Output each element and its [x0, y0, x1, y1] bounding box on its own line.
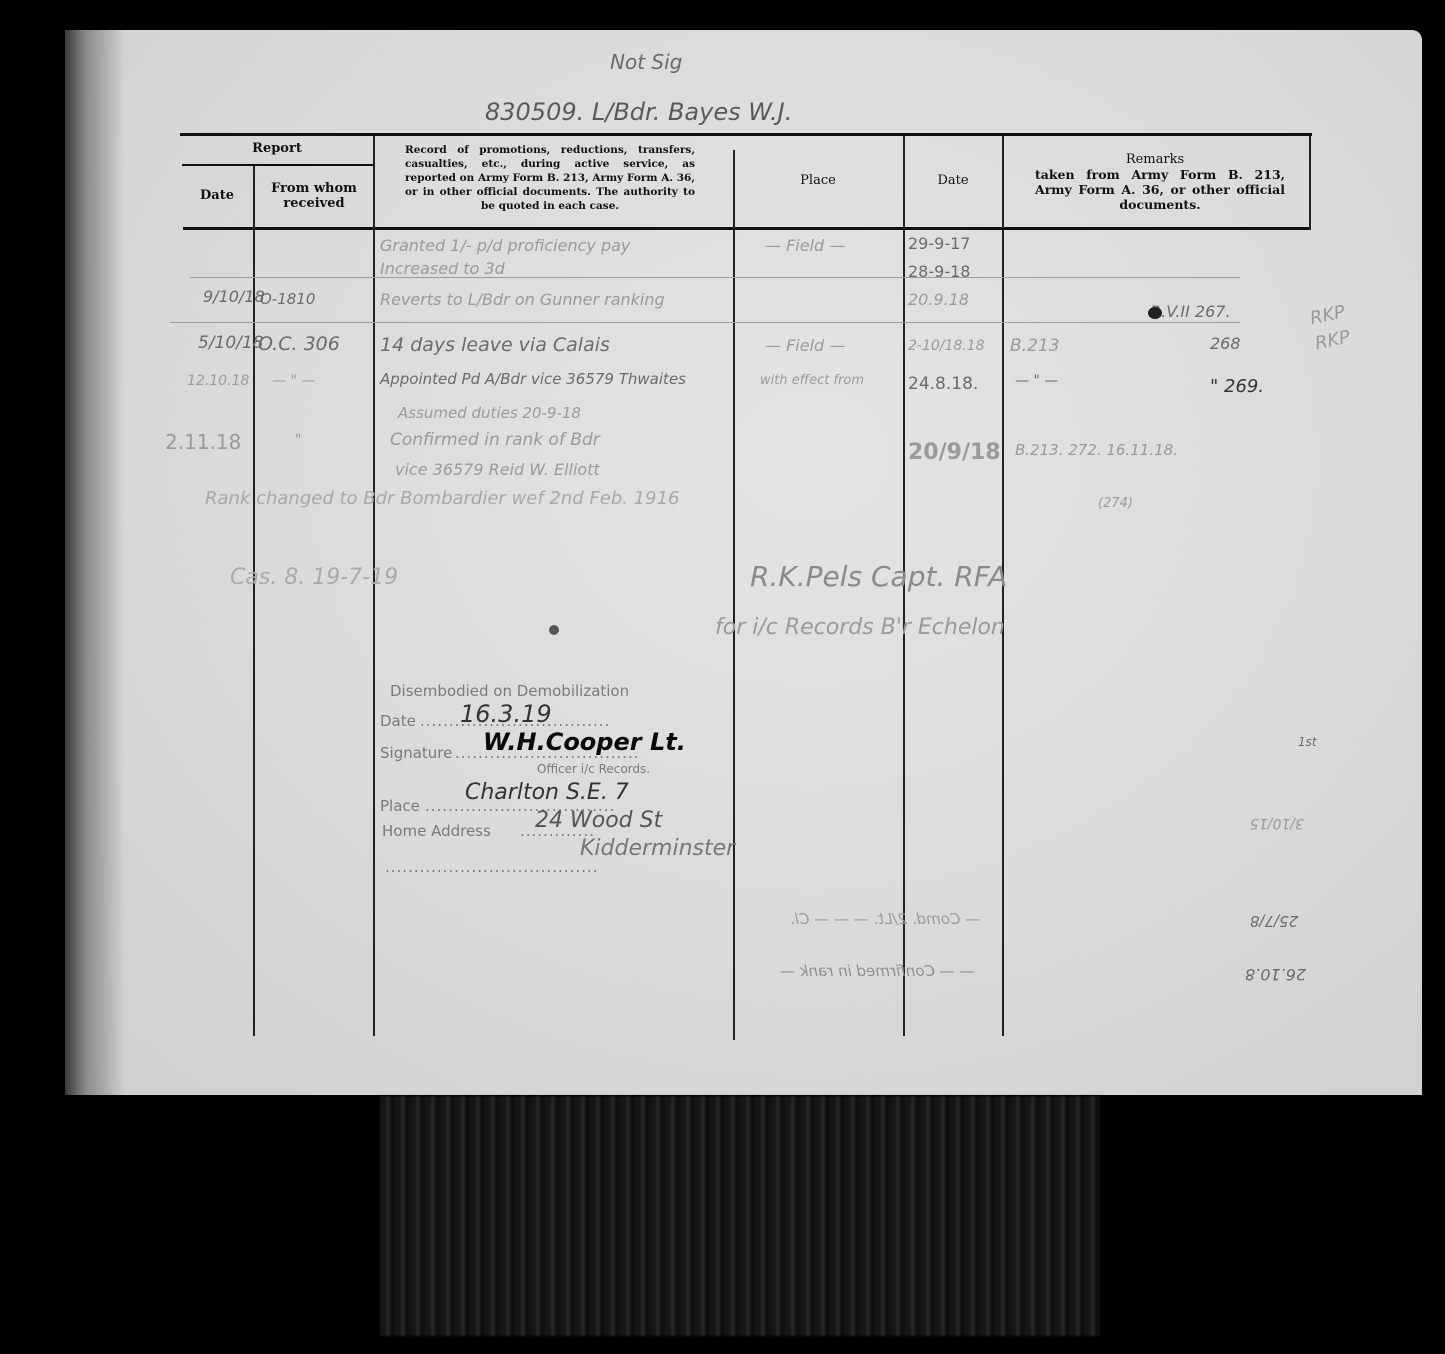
- row2-record: Increased to 3d: [380, 259, 505, 278]
- header-bottom-rule: [183, 227, 1311, 230]
- row8-record: vice 36579 Reid W. Elliott: [395, 460, 600, 479]
- row7-date: 2.11.18: [165, 430, 241, 454]
- demob-address-value: 24 Wood St: [535, 808, 662, 833]
- margin-note: 3/10/15: [1250, 815, 1304, 831]
- demob-title: Disembodied on Demobilization: [390, 682, 629, 700]
- demob-address-label: Home Address: [382, 822, 491, 840]
- row4-from: O.C. 306: [258, 333, 340, 355]
- header-record: Record of promotions, reductions, transf…: [405, 143, 695, 213]
- top-annotation: Not Sig: [610, 50, 682, 74]
- row5-remarks: — " —: [1015, 373, 1058, 389]
- row5-date2: 24.8.18.: [908, 374, 978, 394]
- row5-record: Appointed Pd A/Bdr vice 36579 Thwaites: [380, 370, 686, 388]
- row-rule: [190, 277, 1240, 278]
- row3-date: 9/10/18: [203, 287, 265, 306]
- header-from-whom: From whom received: [262, 181, 366, 211]
- margin-note: 25/7/8: [1250, 912, 1298, 930]
- demob-date-label: Date: [380, 712, 416, 730]
- margin-note: 26.10.8: [1245, 965, 1306, 984]
- divider-right: [1309, 136, 1311, 230]
- row4-place: — Field —: [765, 336, 845, 355]
- row4-record: 14 days leave via Calais: [380, 334, 610, 356]
- divider-record-place: [733, 150, 735, 1040]
- margin-note: 1st: [1298, 735, 1317, 749]
- demob-signature-value: W.H.Cooper Lt.: [483, 728, 686, 756]
- header-top-rule: [180, 133, 1312, 136]
- demob-place-value: Charlton S.E. 7: [465, 780, 629, 805]
- note-officer-signature: R.K.Pels Capt. RFA: [750, 560, 1007, 593]
- row1-record: Granted 1/- p/d proficiency pay: [380, 236, 630, 255]
- ink-blot: [1148, 307, 1162, 319]
- row3-date2: 20.9.18: [908, 290, 969, 309]
- row7-remarks: B.213. 272. 16.11.18.: [1015, 441, 1178, 459]
- row-rule: [170, 322, 1240, 323]
- row7-date2: 20/9/18: [908, 440, 1001, 465]
- demob-place-label: Place: [380, 797, 420, 815]
- demob-signature-label: Signature: [380, 744, 452, 762]
- row5-ref: " 269.: [1210, 376, 1264, 397]
- header-remarks-title: Remarks: [1030, 152, 1280, 167]
- row8-remarks: (274): [1098, 496, 1133, 511]
- record-title-line: 830509. L/Bdr. Bayes W.J.: [485, 98, 792, 126]
- row6-record: Assumed duties 20-9-18: [398, 404, 581, 422]
- row4-date2: 2-10/18.18: [908, 338, 985, 354]
- row4-remarks: B.213: [1010, 336, 1060, 356]
- row2-date: 28-9-18: [908, 262, 970, 281]
- row3-ref: R.V.II 267.: [1150, 302, 1231, 321]
- report-group-rule: [182, 164, 373, 166]
- row3-record: Reverts to L/Bdr on Gunner ranking: [380, 290, 665, 309]
- header-date-2: Date: [905, 173, 1001, 188]
- demob-extra-dots: .....................................: [385, 858, 598, 876]
- scan-smudge: [380, 1096, 1100, 1336]
- demob-date-value: 16.3.19: [460, 700, 552, 728]
- header-report: Report: [182, 141, 372, 156]
- note-rank-changed: Rank changed to Bdr Bombardier wef 2nd F…: [205, 488, 680, 509]
- header-remarks: taken from Army Form B. 213, Army Form A…: [1035, 167, 1285, 212]
- row7-from: ": [295, 432, 301, 448]
- bleed-through-text: — — Confirmed in rank —: [780, 962, 974, 980]
- ink-blot: [549, 625, 559, 635]
- row7-record: Confirmed in rank of Bdr: [390, 430, 600, 450]
- note-records-echelon: for i/c Records B'r Echelon: [715, 615, 1005, 640]
- row5-place: with effect from: [760, 373, 864, 388]
- row1-date: 29-9-17: [908, 234, 970, 253]
- row5-from: — " —: [272, 373, 315, 389]
- row3-from: O-1810: [260, 290, 315, 308]
- header-date: Date: [182, 188, 252, 203]
- note-cas: Cas. 8. 19-7-19: [230, 565, 398, 590]
- header-place: Place: [735, 173, 901, 188]
- row4-date: 5/10/18: [198, 333, 264, 353]
- row5-date: 12.10.18: [187, 373, 249, 389]
- row1-place: — Field —: [765, 236, 845, 255]
- demob-officer-label: Officer i/c Records.: [537, 762, 650, 776]
- row4-ref: 268: [1210, 334, 1241, 353]
- demob-address-line2: Kidderminster: [580, 836, 735, 861]
- bleed-through-text: — Comd. 2/Lt. — — — Cl.: [790, 910, 980, 928]
